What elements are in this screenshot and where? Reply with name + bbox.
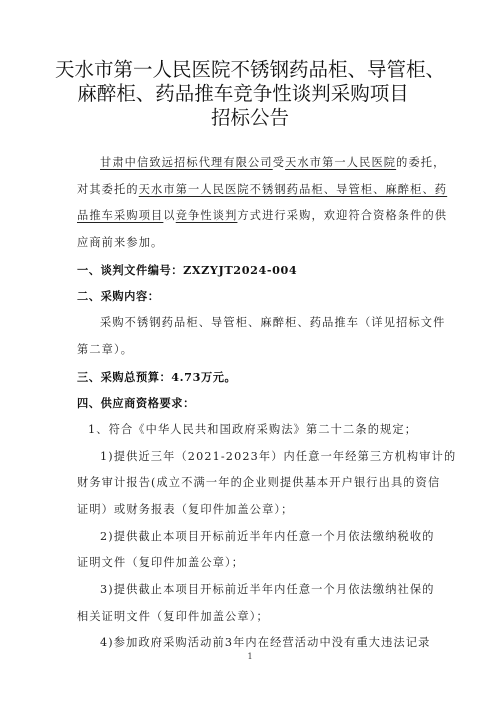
document-page: 天水市第一人民医院不锈钢药品柜、导管柜、 麻醉柜、药品推车竞争性谈判采购项目 招… [0,0,500,706]
section-4-sub-2-line-1: 2)提供截止本项目开标前近半年内任意一个月依法缴纳税收的 [77,524,427,551]
section-3-heading: 三、采购总预算：4.73万元。 [77,364,427,391]
page-number: 1 [0,652,500,661]
procurement-method: 竞争性谈判 [176,209,238,222]
title-line-3: 招标公告 [0,106,500,130]
document-title: 天水市第一人民医院不锈钢药品柜、导管柜、 麻醉柜、药品推车竞争性谈判采购项目 招… [0,58,500,130]
section-4-sub-1-line-1: 1)提供近三年（2021-2023年）内任意一年经第三方机构审计的 [77,444,427,471]
section-4-sub-1-line-2: 财务审计报告(成立不满一年的企业则提供基本开户银行出具的资信 [77,470,427,497]
section-2-line-1: 采购不锈钢药品柜、导管柜、麻醉柜、药品推车（详见招标文件 [77,310,427,337]
section-4-sub-1-line-3: 证明）或财务报表（复印件加盖公章）； [77,497,427,524]
section-2-line-2: 第二章）。 [77,337,427,364]
client-name: 天水市第一人民医院 [285,156,396,169]
agency-name: 甘肃中信致远招标代理有限公司 [100,156,273,169]
intro-line-1: 甘肃中信致远招标代理有限公司受天水市第一人民医院的委托， [77,150,427,177]
section-4-sub-2-line-2: 证明文件（复印件加盖公章）； [77,550,427,577]
title-line-2: 麻醉柜、药品推车竞争性谈判采购项目 [0,82,500,106]
document-body: 甘肃中信致远招标代理有限公司受天水市第一人民医院的委托， 对其委托的天水市第一人… [77,150,427,657]
title-line-1: 天水市第一人民医院不锈钢药品柜、导管柜、 [0,58,500,82]
section-4-sub-3-line-1: 3)提供截止本项目开标前近半年内任意一个月依法缴纳社保的 [77,577,427,604]
intro-line-2: 对其委托的天水市第一人民医院不锈钢药品柜、导管柜、麻醉柜、药 [77,177,427,204]
intro-line-4: 应商前来参加。 [77,230,427,257]
section-4-sub-3-line-2: 相关证明文件（复印件加盖公章）； [77,604,427,631]
section-2-heading: 二、采购内容： [77,283,427,310]
intro-line-3: 品推车采购项目以竞争性谈判方式进行采购，欢迎符合资格条件的供 [77,203,427,230]
section-4-item-1: 1、符合《中华人民共和国政府采购法》第二十二条的规定； [77,417,427,444]
project-name-part1: 天水市第一人民医院不锈钢药品柜、导管柜、麻醉柜、药 [139,183,447,196]
section-4-heading: 四、供应商资格要求： [77,390,427,417]
project-name-part2: 品推车采购项目 [77,209,163,222]
section-1-heading: 一、谈判文件编号：ZXZYJT2024-004 [77,257,427,284]
